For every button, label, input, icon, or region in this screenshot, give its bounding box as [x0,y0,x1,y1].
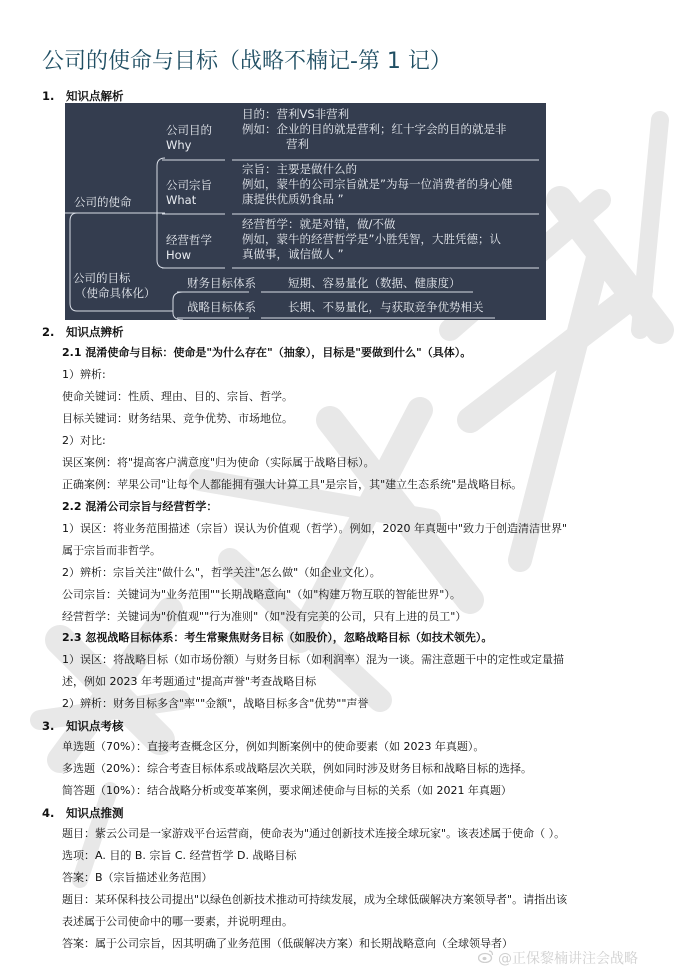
mindmap-detail-financial-goals: 短期、容易量化（数据、健康度） [288,276,461,291]
question-text: 题目：某环保科技公司提出"以绿色创新技术推动可持续发展，成为全球低碳解决方案领导… [62,893,567,907]
text-line: 多选题（20%）：综合考查目标体系或战略层次关联，例如同时涉及财务目标和战略目标… [62,762,532,776]
text-line: 使命关键词：性质、理由、目的、宗旨、哲学。 [62,390,293,404]
mindmap-node-strategic-goals: 战略目标体系 [187,300,256,315]
text-line: 1）辨析: [62,368,106,382]
text-line: 单选题（70%）：直接考查概念区分，例如判断案例中的使命要素（如 2023 年真… [62,740,484,754]
section-title: 知识点解析 [66,89,124,103]
mindmap-detail-purpose: 目的：营利VS非营利 例如：企业的目的就是营利；红十字会的目的就是非 营利 [242,107,507,152]
mindmap-detail-philosophy: 经营哲学：就是对错，做/不做 例如，蒙牛的经营哲学是”小胜凭智，大胜凭德；认 真… [242,217,501,262]
text-line: 述，例如 2023 年考题通过"提高声誉"考查战略目标 [62,675,316,689]
text-line: 2）对比: [62,434,106,448]
question-text: 表述属于公司使命中的哪一要素，并说明理由。 [62,915,293,929]
section-number: 1. [42,89,66,103]
subsection-heading-2-2: 2.2 混淆公司宗旨与经营哲学： [62,500,217,514]
text-line: 经营哲学：关键词为"价值观""行为准则"（如"没有完美的公司，只有上进的员工"） [62,610,466,624]
text-line: 简答题（10%）：结合战略分析或变革案例，要求阐述使命与目标的关系（如 2021… [62,784,512,798]
mindmap-node-goals: 公司的目标 （使命具体化） [73,271,156,301]
mission-goal-mindmap: 公司的使命 公司目的 Why 目的：营利VS非营利 例如：企业的目的就是营利；红… [65,103,546,320]
section-heading-4: 4.知识点推测 [42,805,124,821]
watermark-text: @正保黎楠讲注会战略 [498,951,638,967]
text-line: 2）辨析：财务目标多含"率""金额"，战略目标多含"优势""声誉 [62,697,368,711]
text-line: 正确案例：苹果公司"让每个人都能拥有强大计算工具"是宗旨，其"建立生态系统"是战… [62,478,522,492]
mindmap-node-purpose: 公司目的 Why [166,123,212,153]
subsection-heading-2-1: 2.1 混淆使命与目标：使命是"为什么存在"（抽象），目标是"要做到什么"（具体… [62,346,471,360]
text-line: 误区案例：将"提高客户满意度"归为使命（实际属于战略目标）。 [62,456,375,470]
text-line: 2）辨析：宗旨关注"做什么"，哲学关注"怎么做"（如企业文化）。 [62,566,381,580]
mindmap-node-mission: 公司的使命 [74,195,132,210]
page-title: 公司的使命与目标（战略不楠记-第 1 记） [42,44,452,75]
answer-text: 答案：B（宗旨描述业务范围） [62,871,213,885]
answer-text: 答案：属于公司宗旨，因其明确了业务范围（低碳解决方案）和长期战略意向（全球领导者… [62,937,513,951]
section-heading-2: 2.知识点辨析 [42,324,124,340]
weibo-watermark: @正保黎楠讲注会战略 [478,948,638,968]
question-text: 题目：紫云公司是一家游戏平台运营商，使命表为"通过创新技术连接全球玩家"。该表述… [62,827,565,841]
section-heading-3: 3.知识点考核 [42,718,124,734]
mindmap-detail-strategic-goals: 长期、不易量化，与获取竞争优势相关 [288,300,484,315]
mindmap-node-philosophy: 经营哲学 How [166,233,212,263]
text-line: 公司宗旨：关键词为"业务范围""长期战略意向"（如"构建万物互联的智能世界"）。 [62,588,461,602]
mindmap-node-tenet: 公司宗旨 What [166,178,212,208]
mindmap-detail-tenet: 宗旨：主要是做什么的 例如，蒙牛的公司宗旨就是”为每一位消费者的身心健 康提供优… [242,162,512,207]
text-line: 1）误区：将业务范围描述（宗旨）误认为价值观（哲学）。例如，2020 年真题中"… [62,522,567,536]
options-text: 选项：A. 目的 B. 宗旨 C. 经营哲学 D. 战略目标 [62,849,297,863]
weibo-icon [478,949,494,967]
section-heading-1: 1.知识点解析 [42,88,124,104]
mindmap-node-financial-goals: 财务目标体系 [187,276,256,291]
subsection-heading-2-3: 2.3 忽视战略目标体系：考生常聚焦财务目标（如股价），忽略战略目标（如技术领先… [62,631,492,645]
text-line: 属于宗旨而非哲学。 [62,544,161,558]
text-line: 目标关键词：财务结果、竞争优势、市场地位。 [62,412,293,426]
text-line: 1）误区：将战略目标（如市场份额）与财务目标（如利润率）混为一谈。需注意题干中的… [62,653,564,667]
